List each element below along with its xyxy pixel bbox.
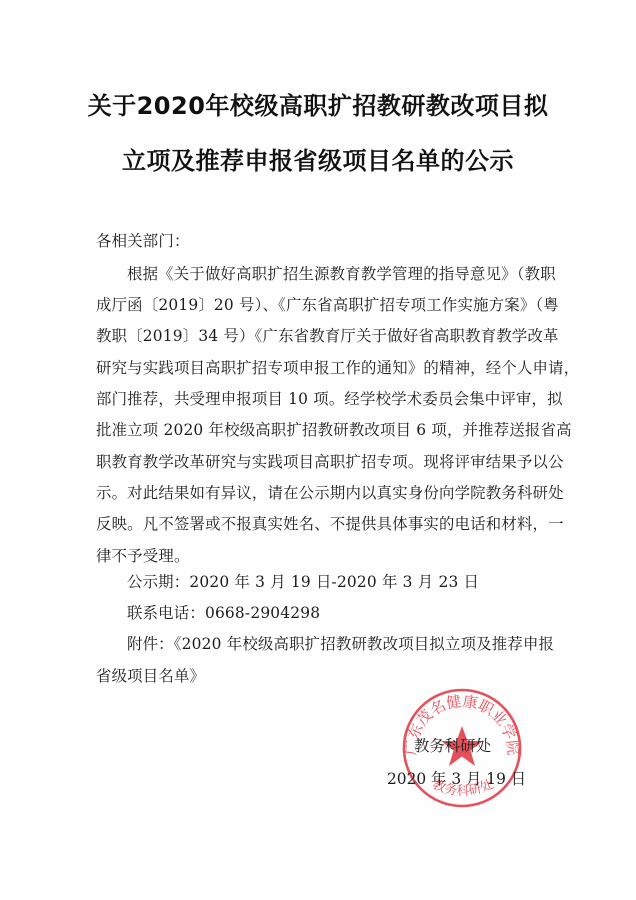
contact-phone: 联系电话：0668-2904298 <box>127 601 320 623</box>
document-title-line-1: 关于2020年校级高职扩招教研教改项目拟 <box>0 86 636 121</box>
body-line-1: 根据《关于做好高职扩招生源教育教学管理的指导意见》（教职 <box>127 262 538 284</box>
body-line-10: 律不予受理。 <box>96 544 190 566</box>
body-line-6: 批准立项 2020 年校级高职扩招教研教改项目 6 项，并推荐送报省高 <box>96 418 538 440</box>
signature-department: 教务科研处 <box>414 734 491 756</box>
body-line-4: 研究与实践项目高职扩招专项申报工作的通知》的精神，经个人申请， <box>96 356 538 378</box>
publicity-period: 公示期：2020 年 3 月 19 日-2020 年 3 月 23 日 <box>127 570 479 592</box>
document-title-line-2: 立项及推荐申报省级项目名单的公示 <box>0 141 636 176</box>
signature-date: 2020 年 3 月 19 日 <box>387 767 526 789</box>
body-line-7: 职教育教学改革研究与实践项目高职扩招专项。现将评审结果予以公 <box>96 450 538 472</box>
attachment-line-1: 附件：《2020 年校级高职扩招教研教改项目拟立项及推荐申报 <box>127 632 554 654</box>
body-line-3: 教职〔2019〕34 号）《广东省教育厅关于做好省高职教育教学改革 <box>96 324 538 346</box>
document-page: 关于2020年校级高职扩招教研教改项目拟 立项及推荐申报省级项目名单的公示 各相… <box>0 0 636 900</box>
body-line-8: 示。对此结果如有异议，请在公示期内以真实身份向学院教务科研处 <box>96 481 538 503</box>
body-line-9: 反映。凡不签署或不报真实姓名、不提供具体事实的电话和材料，一 <box>96 512 538 534</box>
attachment-line-2: 省级项目名单》 <box>96 664 205 686</box>
salutation: 各相关部门： <box>96 229 190 251</box>
body-line-5: 部门推荐，共受理申报项目 10 项。经学校学术委员会集中评审，拟 <box>96 387 538 409</box>
body-line-2: 成厅函〔2019〕20 号）、《广东省高职扩招专项工作实施方案》（粤 <box>96 293 538 315</box>
